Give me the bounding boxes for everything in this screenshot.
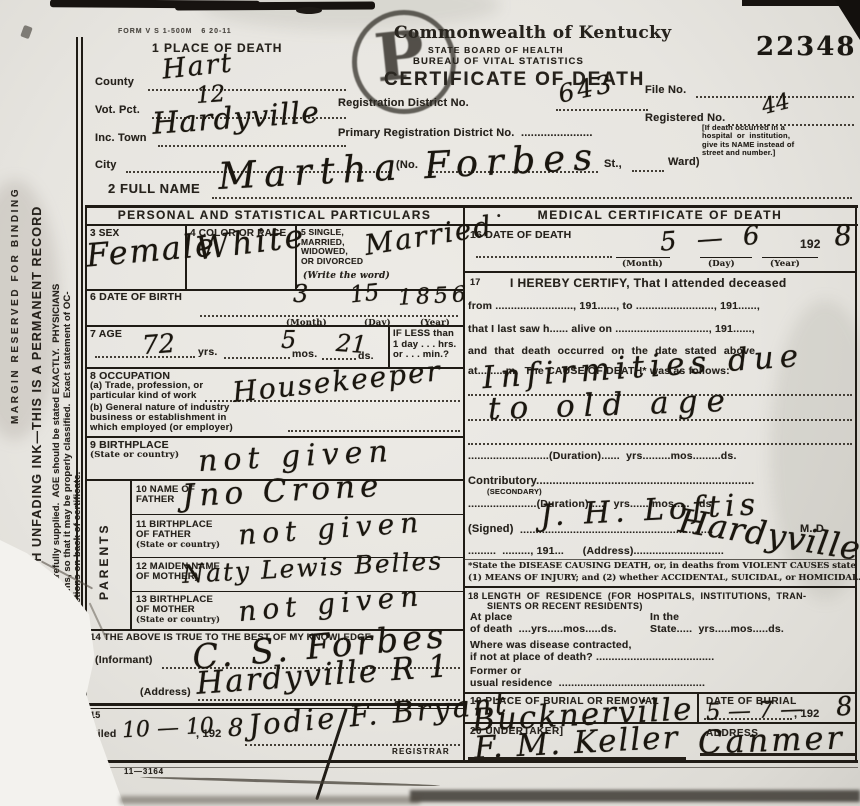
table-border-bottom-thin bbox=[85, 767, 858, 768]
in-state-label-line1: In the bbox=[650, 612, 679, 624]
disease-contracted-line2: if not at place of death? ..............… bbox=[470, 652, 714, 664]
age-ds-value: 21 bbox=[335, 331, 367, 357]
inc-town-dotted-line bbox=[158, 145, 346, 147]
registrar-dots bbox=[245, 744, 460, 746]
margin-binding-note: MARGIN RESERVED FOR BINDING bbox=[10, 94, 21, 424]
dob-day-label: (Day) bbox=[364, 319, 391, 329]
dod-dots bbox=[476, 256, 612, 258]
city-label: City bbox=[95, 159, 117, 171]
at-place-label-line1: At place bbox=[470, 612, 512, 624]
secondary-label: (SECONDARY) bbox=[487, 488, 542, 496]
footnote-rule-bottom bbox=[464, 586, 856, 588]
full-name-dotted-line bbox=[212, 197, 852, 199]
date-of-birth-label: 6 DATE OF BIRTH bbox=[90, 292, 182, 304]
dob-day-value: 15 bbox=[349, 282, 381, 308]
footnote-rule-top bbox=[464, 559, 856, 560]
occupation-b-dots bbox=[288, 430, 460, 432]
informant-address-label: (Address) bbox=[140, 687, 191, 699]
residence-label-line2: SIENTS OR RECENT RESIDENTS) bbox=[487, 601, 643, 611]
dob-dotted-line bbox=[200, 315, 458, 317]
occupation-a-line2: particular kind of work bbox=[90, 391, 196, 402]
death-certificate-scan: MARGIN RESERVED FOR BINDING WRITE PLAINL… bbox=[0, 0, 860, 806]
former-residence-line1: Former or bbox=[470, 666, 521, 678]
registrar-label: REGISTRAR bbox=[392, 748, 450, 757]
parents-vertical-label: PARENTS bbox=[98, 508, 111, 600]
disease-contracted-line1: Where was disease contracted, bbox=[470, 640, 632, 652]
dod-month-label: (Month) bbox=[622, 260, 663, 270]
file-no-label: File No. bbox=[645, 84, 686, 96]
county-value: Hart bbox=[161, 49, 235, 83]
age-yrs-label: yrs. bbox=[198, 347, 217, 359]
scan-edge-mark bbox=[175, 1, 375, 10]
birthplace-state-note: (State or country) bbox=[90, 451, 179, 461]
certificate-serial-number: 22348 bbox=[756, 33, 856, 62]
dod-year-suffix: 8 bbox=[833, 221, 854, 251]
dob-year-value: 1856 bbox=[397, 284, 470, 310]
filed-date-value: 10 — 10 bbox=[121, 716, 214, 743]
inc-town-value: Hardyville bbox=[151, 98, 321, 140]
contributory-line: Contributory............................… bbox=[468, 475, 754, 487]
cause-of-death-value-line2: to old age bbox=[488, 386, 735, 426]
signed-label: (Signed) bbox=[468, 523, 514, 535]
informant-label: (Informant) bbox=[95, 655, 153, 667]
certify-from-line: from ........................., 191.....… bbox=[468, 301, 760, 313]
marital-label-line: OR DIVORCED bbox=[301, 257, 363, 267]
scan-bottom-streak bbox=[140, 776, 440, 787]
scan-bottom-band bbox=[410, 790, 860, 802]
cause-dots-3 bbox=[468, 443, 852, 445]
vot-pct-label: Vot. Pct. bbox=[95, 104, 140, 116]
form-print-code: 11—3164 bbox=[124, 768, 164, 777]
table-border-right bbox=[855, 205, 857, 763]
medical-section-title: MEDICAL CERTIFICATE OF DEATH bbox=[465, 209, 855, 222]
mother-birthplace-state-note: (State or country) bbox=[136, 615, 220, 624]
hospital-note: [If death occurred in a hospital or inst… bbox=[702, 124, 858, 158]
undertaker-underline bbox=[468, 757, 686, 760]
dod-year-prefix: 192 bbox=[800, 238, 821, 251]
certify-last-saw-line: that I last saw h...... alive on .......… bbox=[468, 324, 755, 336]
row-rule bbox=[464, 271, 856, 273]
at-place-label-line2: of death ....yrs.....mos.....ds. bbox=[470, 624, 617, 636]
filed-year-suffix: 8 bbox=[228, 716, 243, 740]
row-rule bbox=[85, 325, 464, 327]
street-label: St., bbox=[604, 158, 622, 170]
footnote-line1: *State the DISEASE CAUSING DEATH, or, in… bbox=[468, 562, 856, 572]
age-ds-dots bbox=[322, 358, 356, 360]
signed-date-address-line: ......... ........., 191... (Address)...… bbox=[468, 546, 724, 558]
scan-bottom-band bbox=[120, 796, 420, 804]
residence-label-line1: 18 LENGTH OF RESIDENCE (FOR HOSPITALS, I… bbox=[468, 591, 806, 601]
father-name-value: Jno Crone bbox=[181, 471, 384, 512]
parents-cell-divider bbox=[130, 479, 132, 630]
ward-label: Ward) bbox=[668, 156, 700, 168]
hospital-note-line: street and number.] bbox=[702, 149, 858, 157]
father-birthplace-state-note: (State or country) bbox=[136, 540, 220, 549]
table-border-bottom bbox=[85, 760, 858, 763]
undertaker-address-underline bbox=[700, 753, 856, 756]
form-code: FORM V S 1-500M 6 20-11 bbox=[118, 28, 232, 36]
age-yrs-value: 72 bbox=[141, 331, 176, 359]
registered-no-value: 44 bbox=[760, 91, 792, 119]
age-label: 7 AGE bbox=[90, 329, 122, 341]
p-stamp-letter: P bbox=[371, 15, 429, 98]
age-mos-dots bbox=[224, 357, 290, 359]
dod-year-line bbox=[762, 257, 818, 258]
ward-dotted-line bbox=[632, 170, 664, 172]
full-name-label: 2 FULL NAME bbox=[108, 182, 200, 197]
in-state-label-line2: State..... yrs.....mos.....ds. bbox=[650, 624, 784, 636]
item-17-number: 17 bbox=[470, 277, 480, 287]
scan-edge-mark bbox=[296, 7, 322, 14]
burial-year-suffix: 8 bbox=[835, 693, 854, 720]
footnote-line2: (1) MEANS OF INJURY; and (2) whether ACC… bbox=[468, 574, 860, 584]
county-label: County bbox=[95, 76, 134, 88]
burial-cell-divider bbox=[697, 692, 699, 722]
dob-month-value: 3 bbox=[293, 282, 308, 306]
marital-label: 5 SINGLE, MARRIED, WIDOWED, OR DIVORCED bbox=[301, 228, 363, 266]
dod-day-label: (Day) bbox=[708, 260, 735, 270]
row-rule bbox=[85, 436, 464, 438]
duration-line-1: ..........................(Duration)....… bbox=[468, 451, 737, 463]
county-dotted-line bbox=[148, 89, 346, 91]
scan-speck bbox=[20, 25, 33, 39]
dod-day-line bbox=[700, 257, 752, 258]
father-name-label-line2: FATHER bbox=[136, 495, 175, 506]
dod-year-label: (Year) bbox=[770, 260, 800, 270]
registration-district-dotted-line bbox=[556, 109, 648, 111]
certify-statement: I HEREBY CERTIFY, That I attended deceas… bbox=[510, 277, 787, 290]
age-mos-value: 5 bbox=[281, 328, 296, 352]
inc-town-label: Inc. Town bbox=[95, 132, 147, 144]
date-of-death-value: 5 — 6 bbox=[659, 222, 766, 255]
p-stamp: P bbox=[352, 10, 456, 114]
occupation-b-line3: which employed (or employer) bbox=[90, 423, 233, 434]
